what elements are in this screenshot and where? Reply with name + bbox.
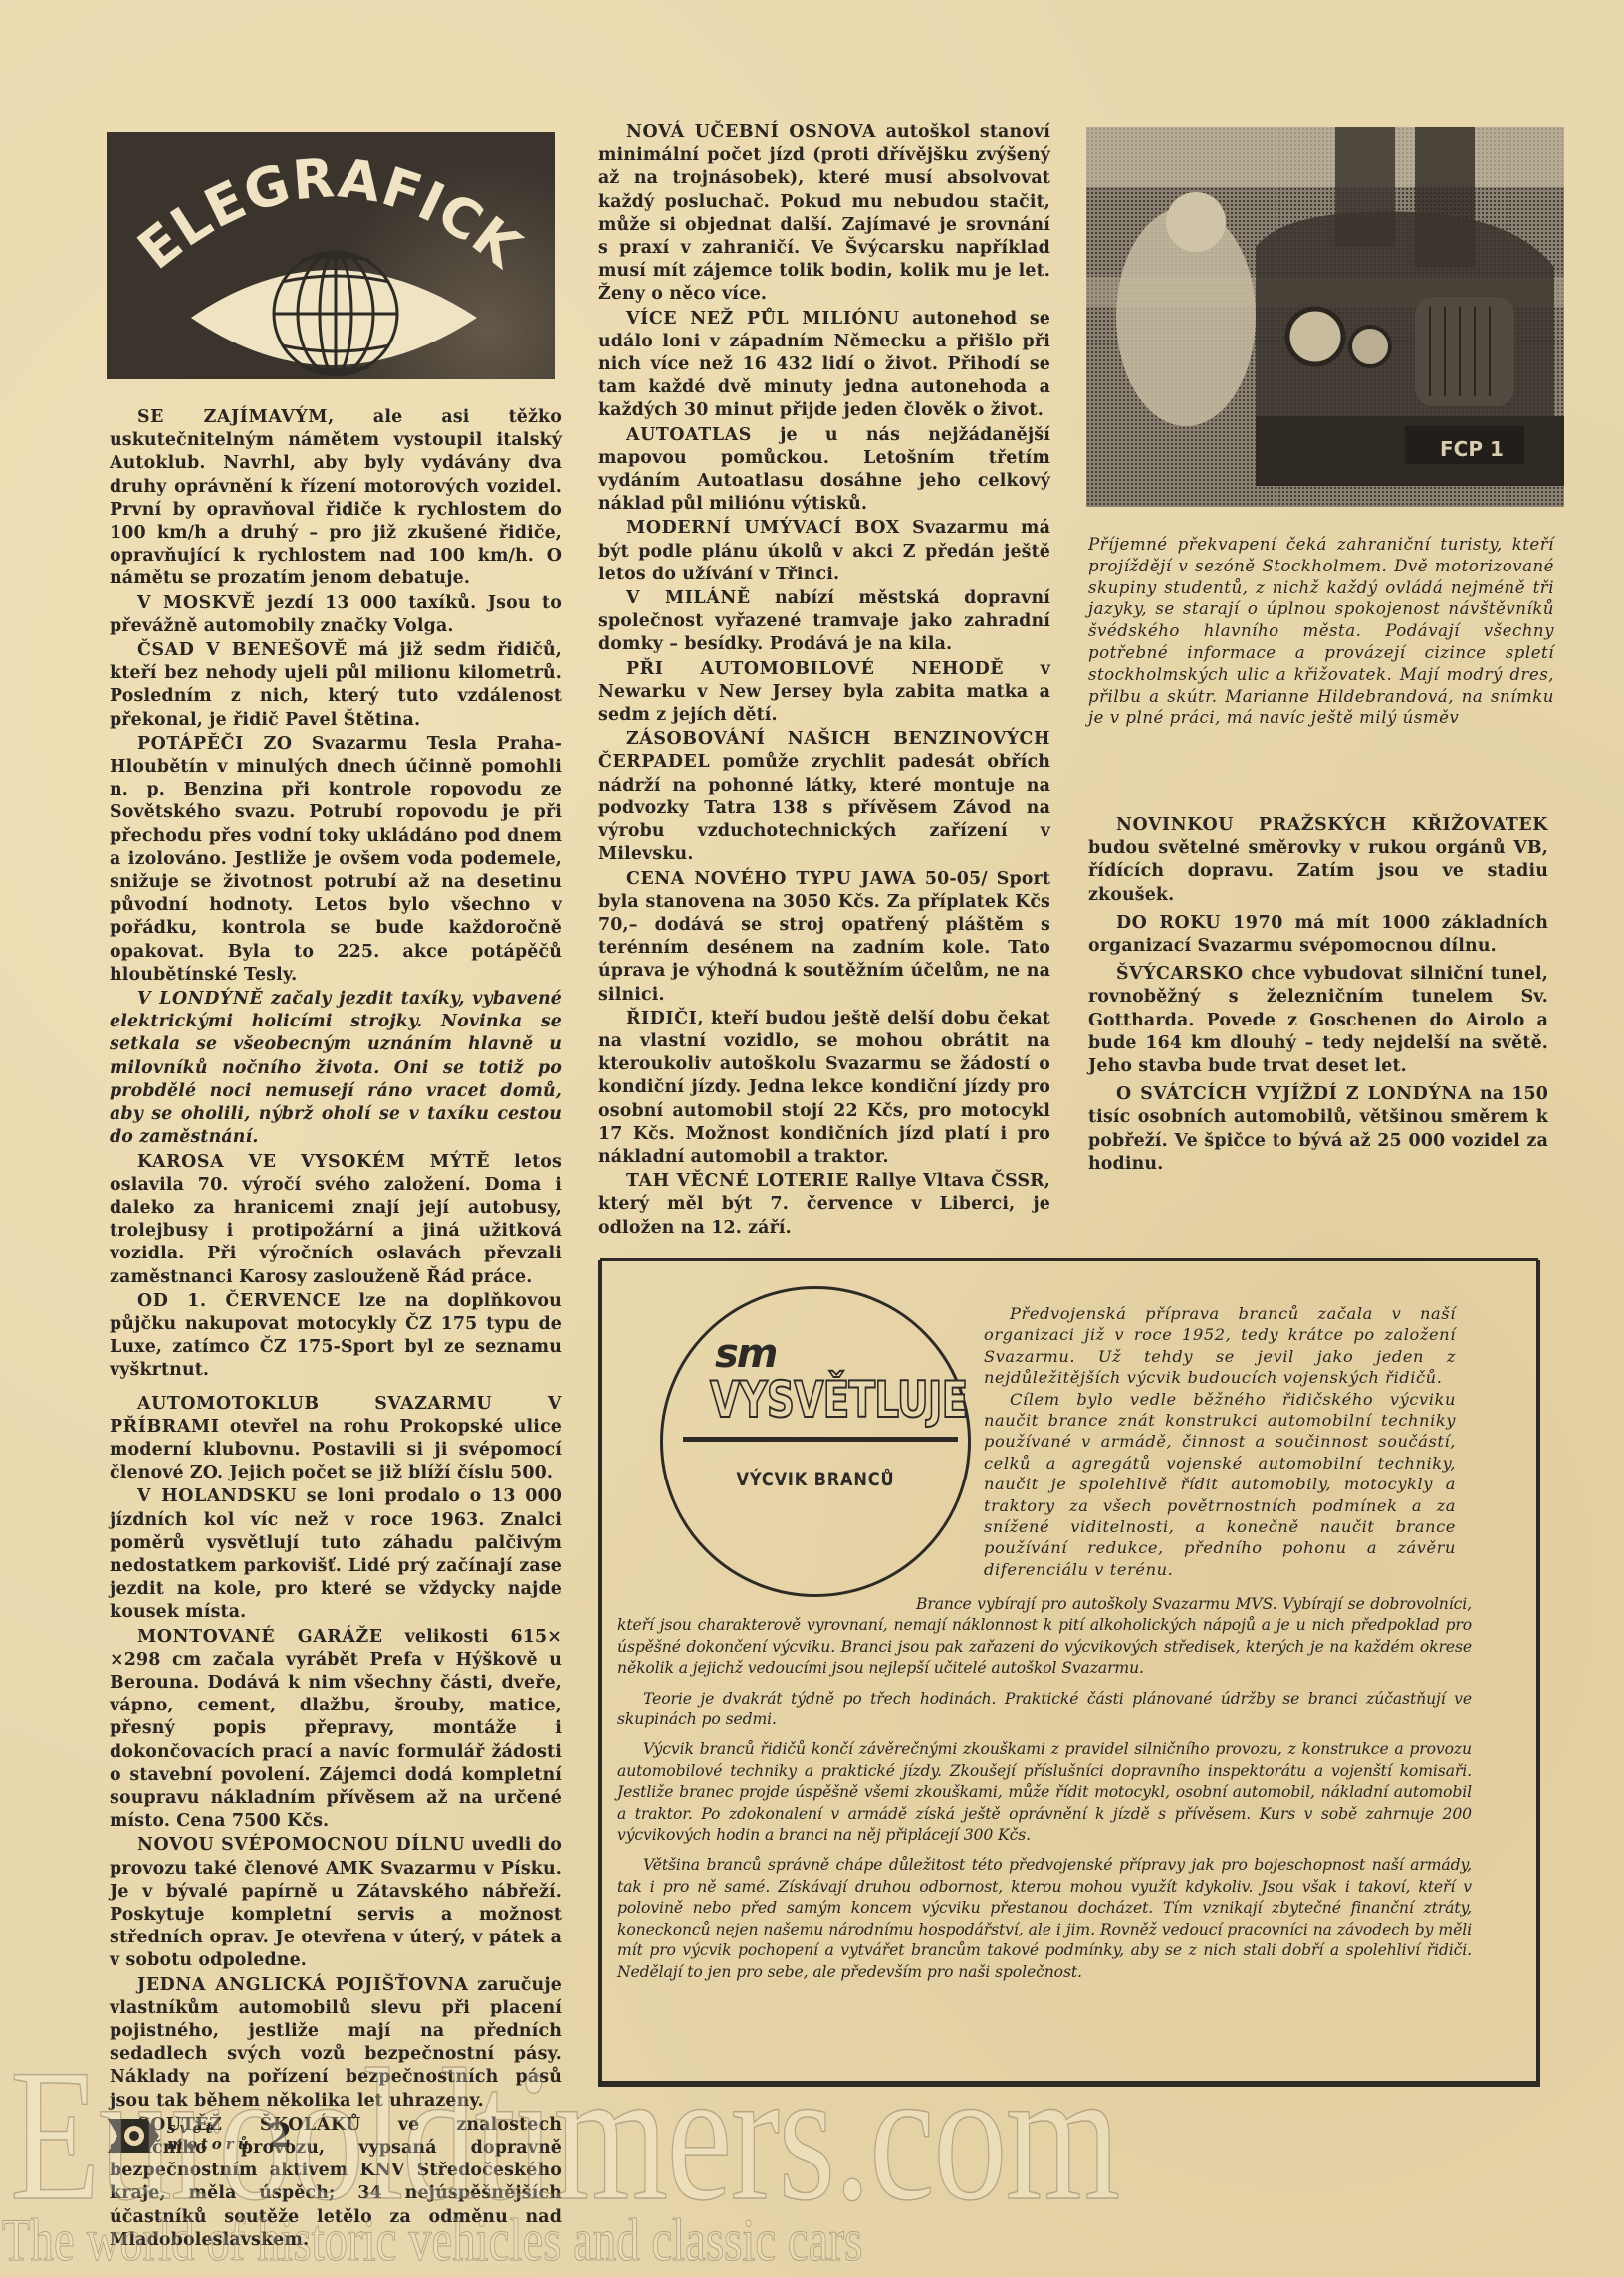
news-item: V MOSKVĚ jezdí 13 000 taxíků. Jsou to př… bbox=[110, 592, 562, 638]
right-news-column: NOVINKOU PRAŽSKÝCH KŘIŽOVATEK budou svět… bbox=[1088, 814, 1548, 1177]
page-number: 2 bbox=[269, 2116, 293, 2156]
svet-motoru-flag-icon bbox=[108, 2119, 159, 2153]
news-item: KAROSA VE VYSOKÉM MÝTĚ letos oslavila 70… bbox=[110, 1151, 562, 1289]
news-item: JEDNA ANGLICKÁ POJIŠŤOVNA zaručuje vlast… bbox=[110, 1974, 562, 2113]
news-item: ČSAD V BENEŠOVĚ má již sedm řidičů, kteř… bbox=[110, 639, 562, 732]
news-item: DO ROKU 1970 má mít 1000 základních orga… bbox=[1088, 912, 1548, 958]
license-plate: FCP 1 bbox=[1440, 437, 1504, 461]
news-item: PŘI AUTOMOBILOVÉ NEHODĚ v Newarku v New … bbox=[598, 658, 1050, 728]
left-news-column: SE ZAJÍMAVÝM, ale asi těžko uskutečnitel… bbox=[110, 406, 562, 2253]
svg-text:TELEGRAFICKY: TELEGRAFICKY bbox=[107, 132, 534, 282]
sm-vysvetluje-badge: sm VYSVĚTLUJE VÝCVIK BRANCŮ bbox=[660, 1286, 971, 1597]
feature-paragraph: Brance vybírají pro autoškoly Svazarmu M… bbox=[617, 1594, 1472, 1680]
badge-subtitle: VÝCVIK BRANCŮ bbox=[686, 1469, 945, 1490]
page-footer: svět motorů 2 bbox=[108, 2116, 292, 2156]
badge-underline bbox=[683, 1437, 958, 1442]
feature-paragraph: Cílem bylo vedle běžného řidičského výcv… bbox=[984, 1389, 1456, 1581]
logo-title: TELEGRAFICKY bbox=[107, 132, 534, 282]
telegraficky-logo: TELEGRAFICKY bbox=[107, 132, 555, 379]
news-item: TAH VĚCNÉ LOTERIE Rallye Vltava ČSSR, kt… bbox=[598, 1170, 1050, 1240]
news-item: MODERNÍ UMÝVACÍ BOX Svazarmu má být podl… bbox=[598, 517, 1050, 586]
news-item: AUTOATLAS je u nás nejžádanější mapovou … bbox=[598, 424, 1050, 517]
news-photo: FCP 1 bbox=[1086, 127, 1564, 507]
news-item: MONTOVANÉ GARÁŽE velikosti 615× ×298 cm … bbox=[110, 1626, 562, 1834]
feature-text-narrow: Předvojenská příprava branců začala v na… bbox=[984, 1303, 1456, 1580]
feature-paragraph: Výcvik branců řidičů končí závěrečnými z… bbox=[617, 1739, 1472, 1846]
badge-title: VYSVĚTLUJE bbox=[710, 1371, 929, 1429]
photo-caption: Příjemné překvapení čeká zahraniční turi… bbox=[1088, 534, 1554, 729]
feature-text-wide: Brance vybírají pro autoškoly Svazarmu M… bbox=[617, 1594, 1472, 1983]
news-item: ZÁSOBOVÁNÍ NAŠICH BENZINOVÝCH ČERPADEL p… bbox=[598, 728, 1050, 866]
news-item: V MILÁNĚ nabízí městská dopravní společn… bbox=[598, 587, 1050, 657]
news-item: AUTOMOTOKLUB SVAZARMU V PŘÍBRAMI otevřel… bbox=[110, 1393, 562, 1485]
middle-news-column: NOVÁ UČEBNÍ OSNOVA autoškol stanoví mini… bbox=[598, 121, 1050, 1241]
news-item: SE ZAJÍMAVÝM, ale asi těžko uskutečnitel… bbox=[110, 406, 562, 591]
news-item: O SVÁTCÍCH VYJÍŽDÍ Z LONDÝNA na 150 tisí… bbox=[1088, 1083, 1548, 1176]
news-item: OD 1. ČERVENCE lze na doplňkovou půjčku … bbox=[110, 1290, 562, 1383]
photo-scooter-car-image: FCP 1 bbox=[1086, 127, 1564, 507]
news-item: V LONDÝNĚ začaly jezdit taxíky, vybavené… bbox=[110, 988, 562, 1149]
eye-globe-icon: TELEGRAFICKY bbox=[107, 132, 555, 379]
news-item: NOVOU SVÉPOMOCNOU DÍLNU uvedli do provoz… bbox=[110, 1834, 562, 1972]
news-item: POTÁPĚČI ZO Svazarmu Tesla Praha-Hloubět… bbox=[110, 733, 562, 987]
feature-paragraph: Teorie je dvakrát týdně po třech hodinác… bbox=[617, 1689, 1472, 1731]
news-item: CENA NOVÉHO TYPU JAWA 50-05/ Sport byla … bbox=[598, 868, 1050, 1007]
news-item: ŠVÝCARSKO chce vybudovat silniční tunel,… bbox=[1088, 963, 1548, 1078]
news-item: V HOLANDSKU se loni prodalo o 13 000 jíz… bbox=[110, 1485, 562, 1624]
news-item: ŘIDIČI, kteří budou ještě delší dobu ček… bbox=[598, 1008, 1050, 1169]
feature-paragraph: Předvojenská příprava branců začala v na… bbox=[984, 1303, 1456, 1389]
news-item: VÍCE NEŽ PŮL MILIÓNU autonehod se událo … bbox=[598, 308, 1050, 423]
news-item: NOVINKOU PRAŽSKÝCH KŘIŽOVATEK budou svět… bbox=[1088, 814, 1548, 907]
magazine-name: svět motorů bbox=[167, 2120, 253, 2152]
news-item: NOVÁ UČEBNÍ OSNOVA autoškol stanoví mini… bbox=[598, 121, 1050, 307]
feature-paragraph: Většina branců správně chápe důležitost … bbox=[617, 1855, 1472, 1982]
